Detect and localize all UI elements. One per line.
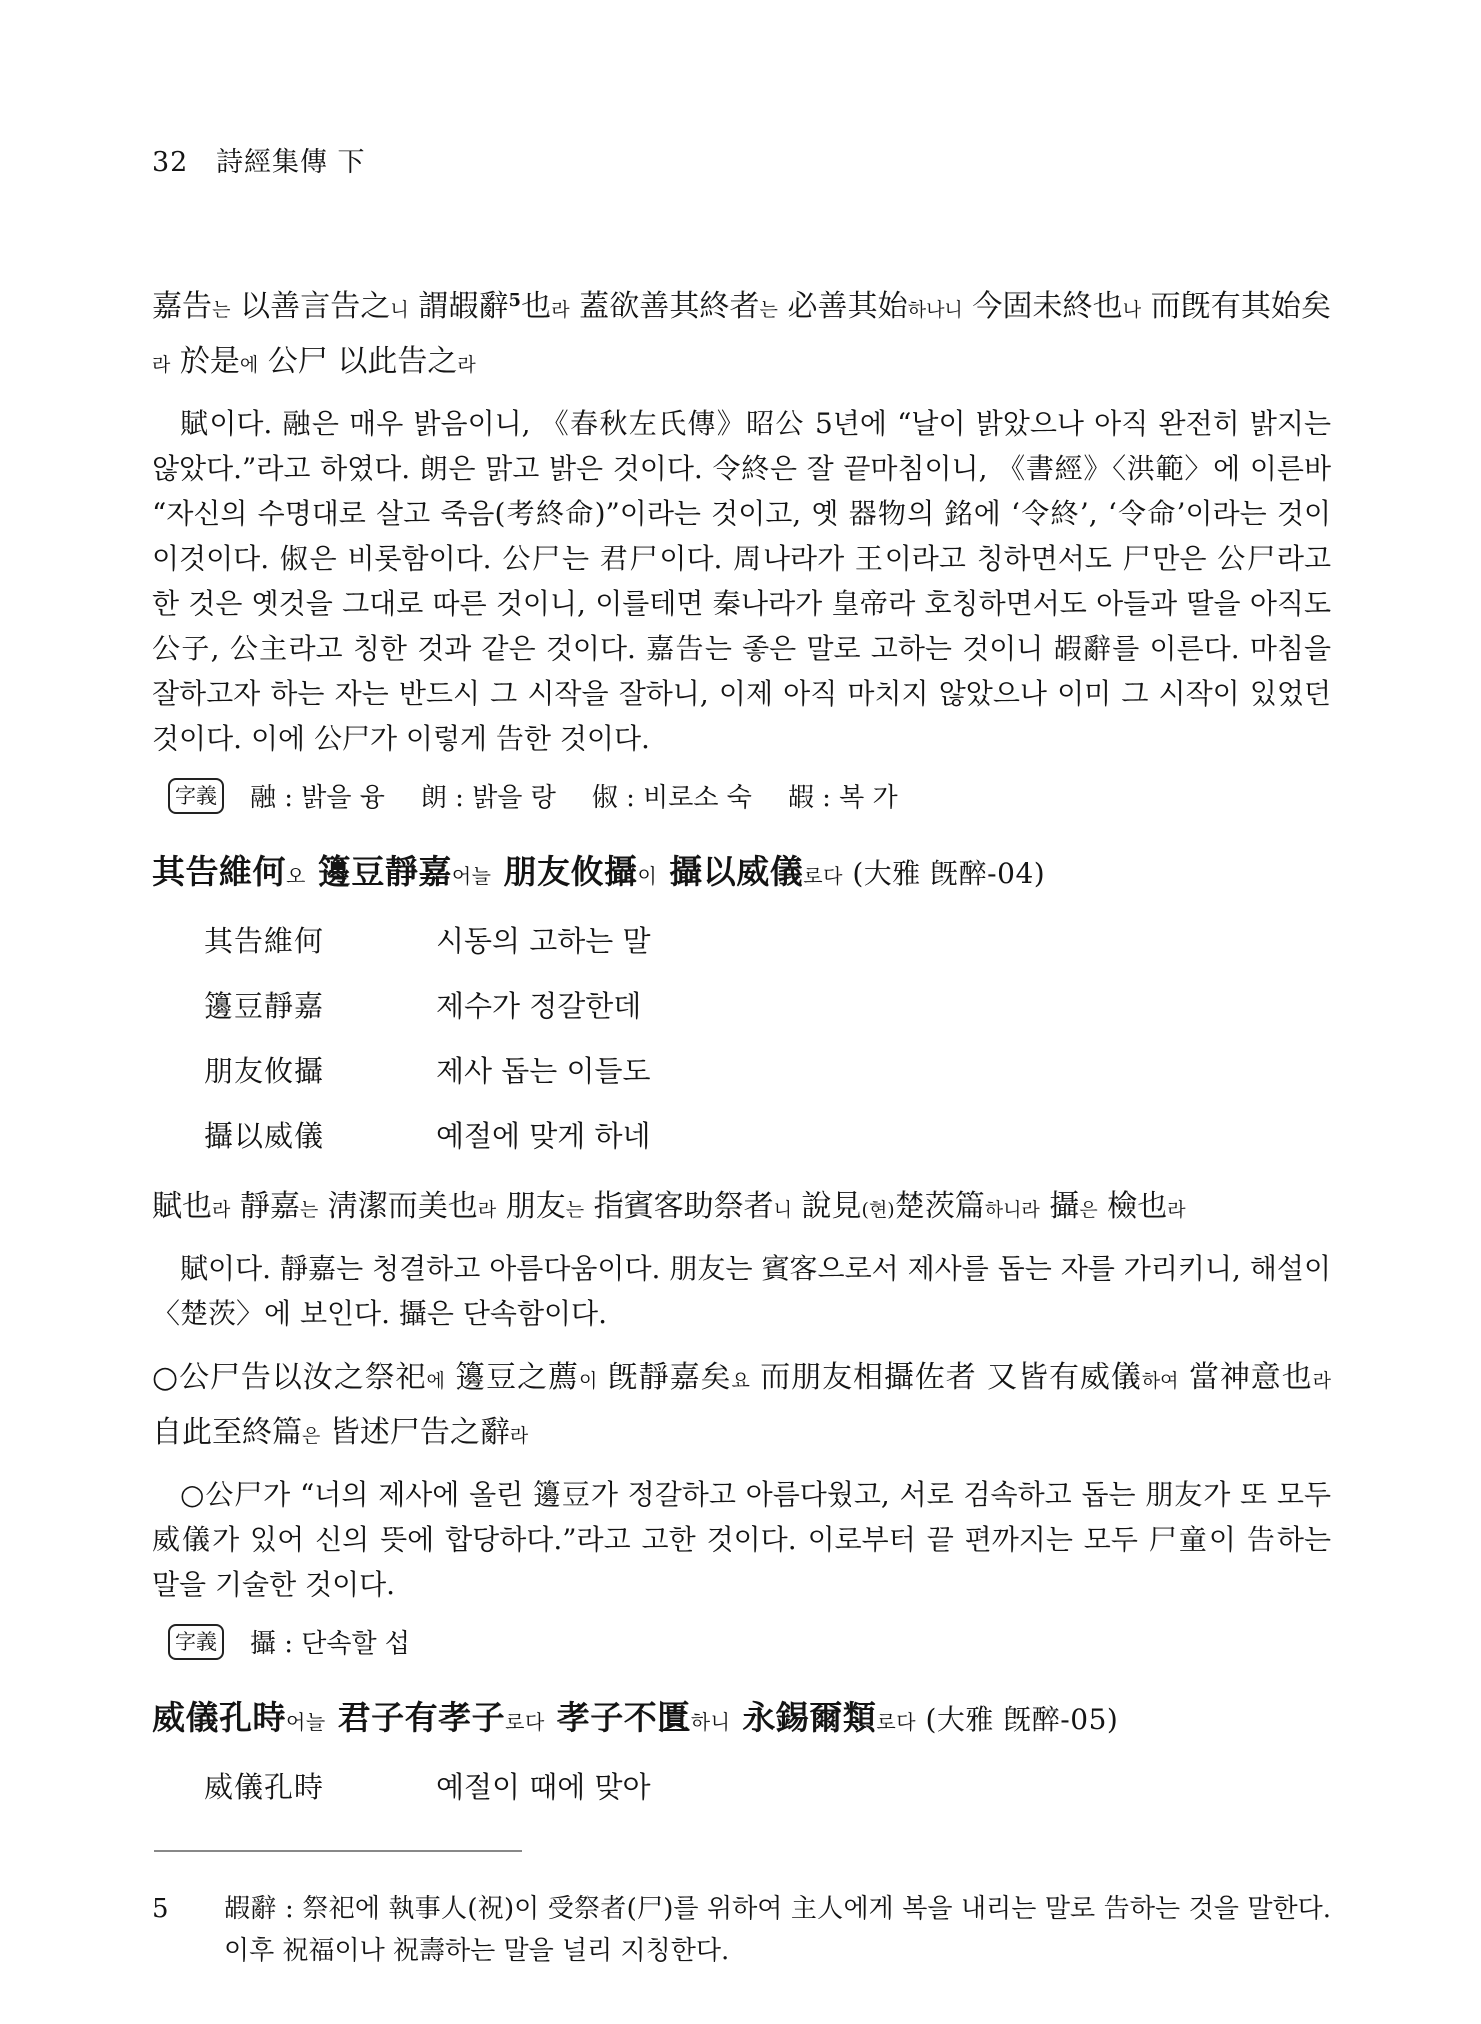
text-segment-hanja: 淸潔而美也	[318, 1189, 478, 1224]
footnote-text: 嘏辭 : 祭祀에 執事人(祝)이 受祭者(尸)를 위하여 主人에게 복을 내리는…	[224, 1888, 1331, 1972]
footnote-number: 5	[152, 1888, 224, 1972]
text-segment-hanja: 永錫爾類	[730, 1698, 876, 1737]
text-segment-hanja: 孝子不匱	[545, 1698, 691, 1737]
text-segment-hanja: 說見	[792, 1189, 862, 1224]
text-segment-hanja: 朋友	[496, 1189, 566, 1224]
jaui-box-2: 字義 攝 : 단속할 섭	[168, 1623, 1331, 1660]
jaui-box-1: 字義 融 : 밝을 융朗 : 밝을 랑俶 : 비로소 숙嘏 : 복 가	[168, 777, 1331, 814]
jaui-entry: 俶 : 비로소 숙	[592, 783, 752, 813]
verse-hanja: 威儀孔時	[204, 1765, 436, 1806]
text-segment-hanja: 籩豆靜嘉	[306, 852, 452, 891]
text-segment-hanja: 指賓客助祭者	[584, 1189, 774, 1224]
verse-hanja: 籩豆靜嘉	[204, 984, 436, 1025]
jaui-entry: 融 : 밝을 융	[250, 783, 385, 813]
verse-table-1: 其告維何시동의 고하는 말籩豆靜嘉제수가 정갈한데朋友攸攝제사 돕는 이들도攝以…	[204, 919, 1331, 1155]
verse-line: 其告維何시동의 고하는 말	[204, 919, 1331, 960]
book-page: 32 詩經集傳 下 嘉告는 以善言告之니 謂嘏辭5也라 蓋欲善其終者는 必善其始…	[0, 0, 1481, 2024]
text-segment-hanja: 攝以威儀	[657, 852, 803, 891]
text-segment-hanja: 朋友攸攝	[491, 852, 637, 891]
text-segment-to: 하여	[1142, 1370, 1179, 1392]
text-segment-to: 하니	[691, 1710, 731, 1734]
text-segment-hanja: 其告維何	[152, 852, 286, 891]
text-segment-to: 로다	[505, 1710, 545, 1734]
text-segment-to: 라	[212, 1199, 230, 1221]
text-segment-gloss: (현)	[862, 1199, 895, 1221]
jaui-label: 字義	[168, 1624, 224, 1660]
text-segment-hanja: 賦也	[152, 1189, 212, 1224]
text-segment-to: 라	[152, 354, 170, 376]
text-segment-to: 는	[212, 299, 230, 321]
text-segment-to: 라	[457, 354, 475, 376]
text-segment-to: 는	[760, 299, 778, 321]
verse-korean-translation: 제사 돕는 이들도	[436, 1049, 651, 1090]
text-segment-to: 은	[1079, 1199, 1097, 1221]
text-segment-hanja: ○公尸告以汝之祭祀	[152, 1360, 426, 1395]
text-segment-to: 로다	[803, 864, 843, 888]
text-segment-hanja: 楚茨篇	[895, 1189, 985, 1224]
text-segment-hanja: 謂嘏辭	[409, 289, 509, 324]
text-segment-hanja: 而朋友相攝佐者 又皆有威儀	[750, 1360, 1142, 1395]
text-segment-hanja: 攝	[1040, 1189, 1080, 1224]
verse-table-2: 威儀孔時예절이 때에 맞아	[204, 1765, 1331, 1806]
footnote: 5 嘏辭 : 祭祀에 執事人(祝)이 受祭者(尸)를 위하여 主人에게 복을 내…	[152, 1888, 1331, 1972]
text-segment-to: 는	[566, 1199, 584, 1221]
text-segment-hanja: 自此至終篇	[152, 1415, 302, 1450]
text-segment-hanja: 皆述尸告之辭	[320, 1415, 510, 1450]
text-segment-to: 요	[731, 1370, 749, 1392]
verse-line: 攝以威儀예절에 맞게 하네	[204, 1114, 1331, 1155]
jaui-entry: 攝 : 단속할 섭	[250, 1629, 410, 1659]
text-segment-to: 하나니	[908, 299, 963, 321]
text-segment-hanja: 靜嘉	[230, 1189, 300, 1224]
text-segment-to: 라	[510, 1425, 528, 1447]
verse-korean-translation: 시동의 고하는 말	[436, 919, 651, 960]
text-segment-to: 라	[1167, 1199, 1185, 1221]
book-title: 詩經集傳 下	[216, 147, 366, 178]
text-segment-ref: (大雅 旣醉-05)	[916, 1703, 1118, 1736]
text-segment-hanja: 旣靜嘉矣	[597, 1360, 731, 1395]
text-segment-hanja: 而旣有其始矣	[1141, 289, 1331, 324]
text-segment-hanja: 君子有孝子	[326, 1698, 506, 1737]
korean-paragraph-3: ○公尸가 “너의 제사에 올린 籩豆가 정갈하고 아름다웠고, 서로 검속하고 …	[152, 1472, 1331, 1607]
text-segment-to: 라	[478, 1199, 496, 1221]
text-segment-hanja: 威儀孔時	[152, 1698, 286, 1737]
text-segment-to: 에	[426, 1370, 444, 1392]
footnote-area: 5 嘏辭 : 祭祀에 執事人(祝)이 受祭者(尸)를 위하여 主人에게 복을 내…	[152, 1850, 1331, 1972]
text-segment-hanja: 於是	[170, 344, 240, 379]
verse-line: 籩豆靜嘉제수가 정갈한데	[204, 984, 1331, 1025]
verse-korean-translation: 예절에 맞게 하네	[436, 1114, 651, 1155]
text-segment-to: 나	[1123, 299, 1141, 321]
text-segment-hanja: 必善其始	[778, 289, 908, 324]
text-segment-hanja: 蓋欲善其終者	[570, 289, 760, 324]
text-segment-to: 라	[551, 299, 569, 321]
hanmun-paragraph-3: ○公尸告以汝之祭祀에 籩豆之薦이 旣靜嘉矣요 而朋友相攝佐者 又皆有威儀하여 當…	[152, 1352, 1331, 1462]
jaui-entries: 攝 : 단속할 섭	[250, 1623, 446, 1660]
text-segment-to: 어늘	[452, 864, 492, 888]
verse-hanja: 朋友攸攝	[204, 1049, 436, 1090]
text-segment-hanja: 嘉告	[152, 289, 212, 324]
text-segment-to: 하니라	[985, 1199, 1040, 1221]
text-segment-to: 이	[579, 1370, 597, 1392]
verse-heading-1: 其告維何오 籩豆靜嘉어늘 朋友攸攝이 攝以威儀로다 (大雅 旣醉-04)	[152, 846, 1331, 893]
text-segment-to: 는	[300, 1199, 318, 1221]
verse-hanja: 其告維何	[204, 919, 436, 960]
jaui-entry: 嘏 : 복 가	[788, 783, 898, 813]
korean-paragraph-2: 賦이다. 靜嘉는 청결하고 아름다움이다. 朋友는 賓客으로서 제사를 돕는 자…	[152, 1246, 1331, 1336]
page-content: 嘉告는 以善言告之니 謂嘏辭5也라 蓋欲善其終者는 必善其始하나니 今固未終也나…	[152, 275, 1331, 1806]
text-segment-to: 에	[240, 354, 258, 376]
verse-korean-translation: 제수가 정갈한데	[436, 984, 641, 1025]
text-segment-hanja: 公尸 以此告之	[258, 344, 457, 379]
verse-line: 朋友攸攝제사 돕는 이들도	[204, 1049, 1331, 1090]
verse-line: 威儀孔時예절이 때에 맞아	[204, 1765, 1331, 1806]
page-number: 32	[152, 147, 188, 178]
jaui-entries: 融 : 밝을 융朗 : 밝을 랑俶 : 비로소 숙嘏 : 복 가	[250, 777, 934, 814]
text-segment-to: 니	[390, 299, 408, 321]
text-segment-to: 어늘	[286, 1710, 326, 1734]
footnote-separator	[154, 1850, 522, 1852]
text-segment-hanja: 檢也	[1098, 1189, 1168, 1224]
text-segment-to: 라	[1313, 1370, 1331, 1392]
verse-heading-2: 威儀孔時어늘 君子有孝子로다 孝子不匱하니 永錫爾類로다 (大雅 旣醉-05)	[152, 1692, 1331, 1739]
page-header: 32 詩經集傳 下	[152, 140, 1331, 179]
text-segment-to: 로다	[876, 1710, 916, 1734]
text-segment-ref: (大雅 旣醉-04)	[843, 857, 1045, 890]
verse-korean-translation: 예절이 때에 맞아	[436, 1765, 651, 1806]
text-segment-to: 오	[286, 864, 306, 888]
jaui-entry: 朗 : 밝을 랑	[421, 783, 556, 813]
text-segment-hanja: 籩豆之薦	[445, 1360, 579, 1395]
text-segment-hanja: 今固未終也	[963, 289, 1123, 324]
text-segment-hanja: 也	[521, 289, 551, 324]
text-segment-hanja: 當神意也	[1178, 1360, 1312, 1395]
text-segment-to: 니	[774, 1199, 792, 1221]
hanmun-paragraph-2: 賦也라 靜嘉는 淸潔而美也라 朋友는 指賓客助祭者니 說見(현)楚茨篇하니라 攝…	[152, 1181, 1331, 1236]
text-segment-sup: 5	[509, 290, 522, 311]
hanmun-paragraph-1: 嘉告는 以善言告之니 謂嘏辭5也라 蓋欲善其終者는 必善其始하나니 今固未終也나…	[152, 275, 1331, 391]
text-segment-to: 이	[637, 864, 657, 888]
verse-hanja: 攝以威儀	[204, 1114, 436, 1155]
korean-paragraph-1: 賦이다. 融은 매우 밝음이니, 《春秋左氏傳》昭公 5년에 “날이 밝았으나 …	[152, 401, 1331, 761]
text-segment-hanja: 以善言告之	[230, 289, 390, 324]
jaui-label: 字義	[168, 778, 224, 814]
text-segment-to: 은	[302, 1425, 320, 1447]
